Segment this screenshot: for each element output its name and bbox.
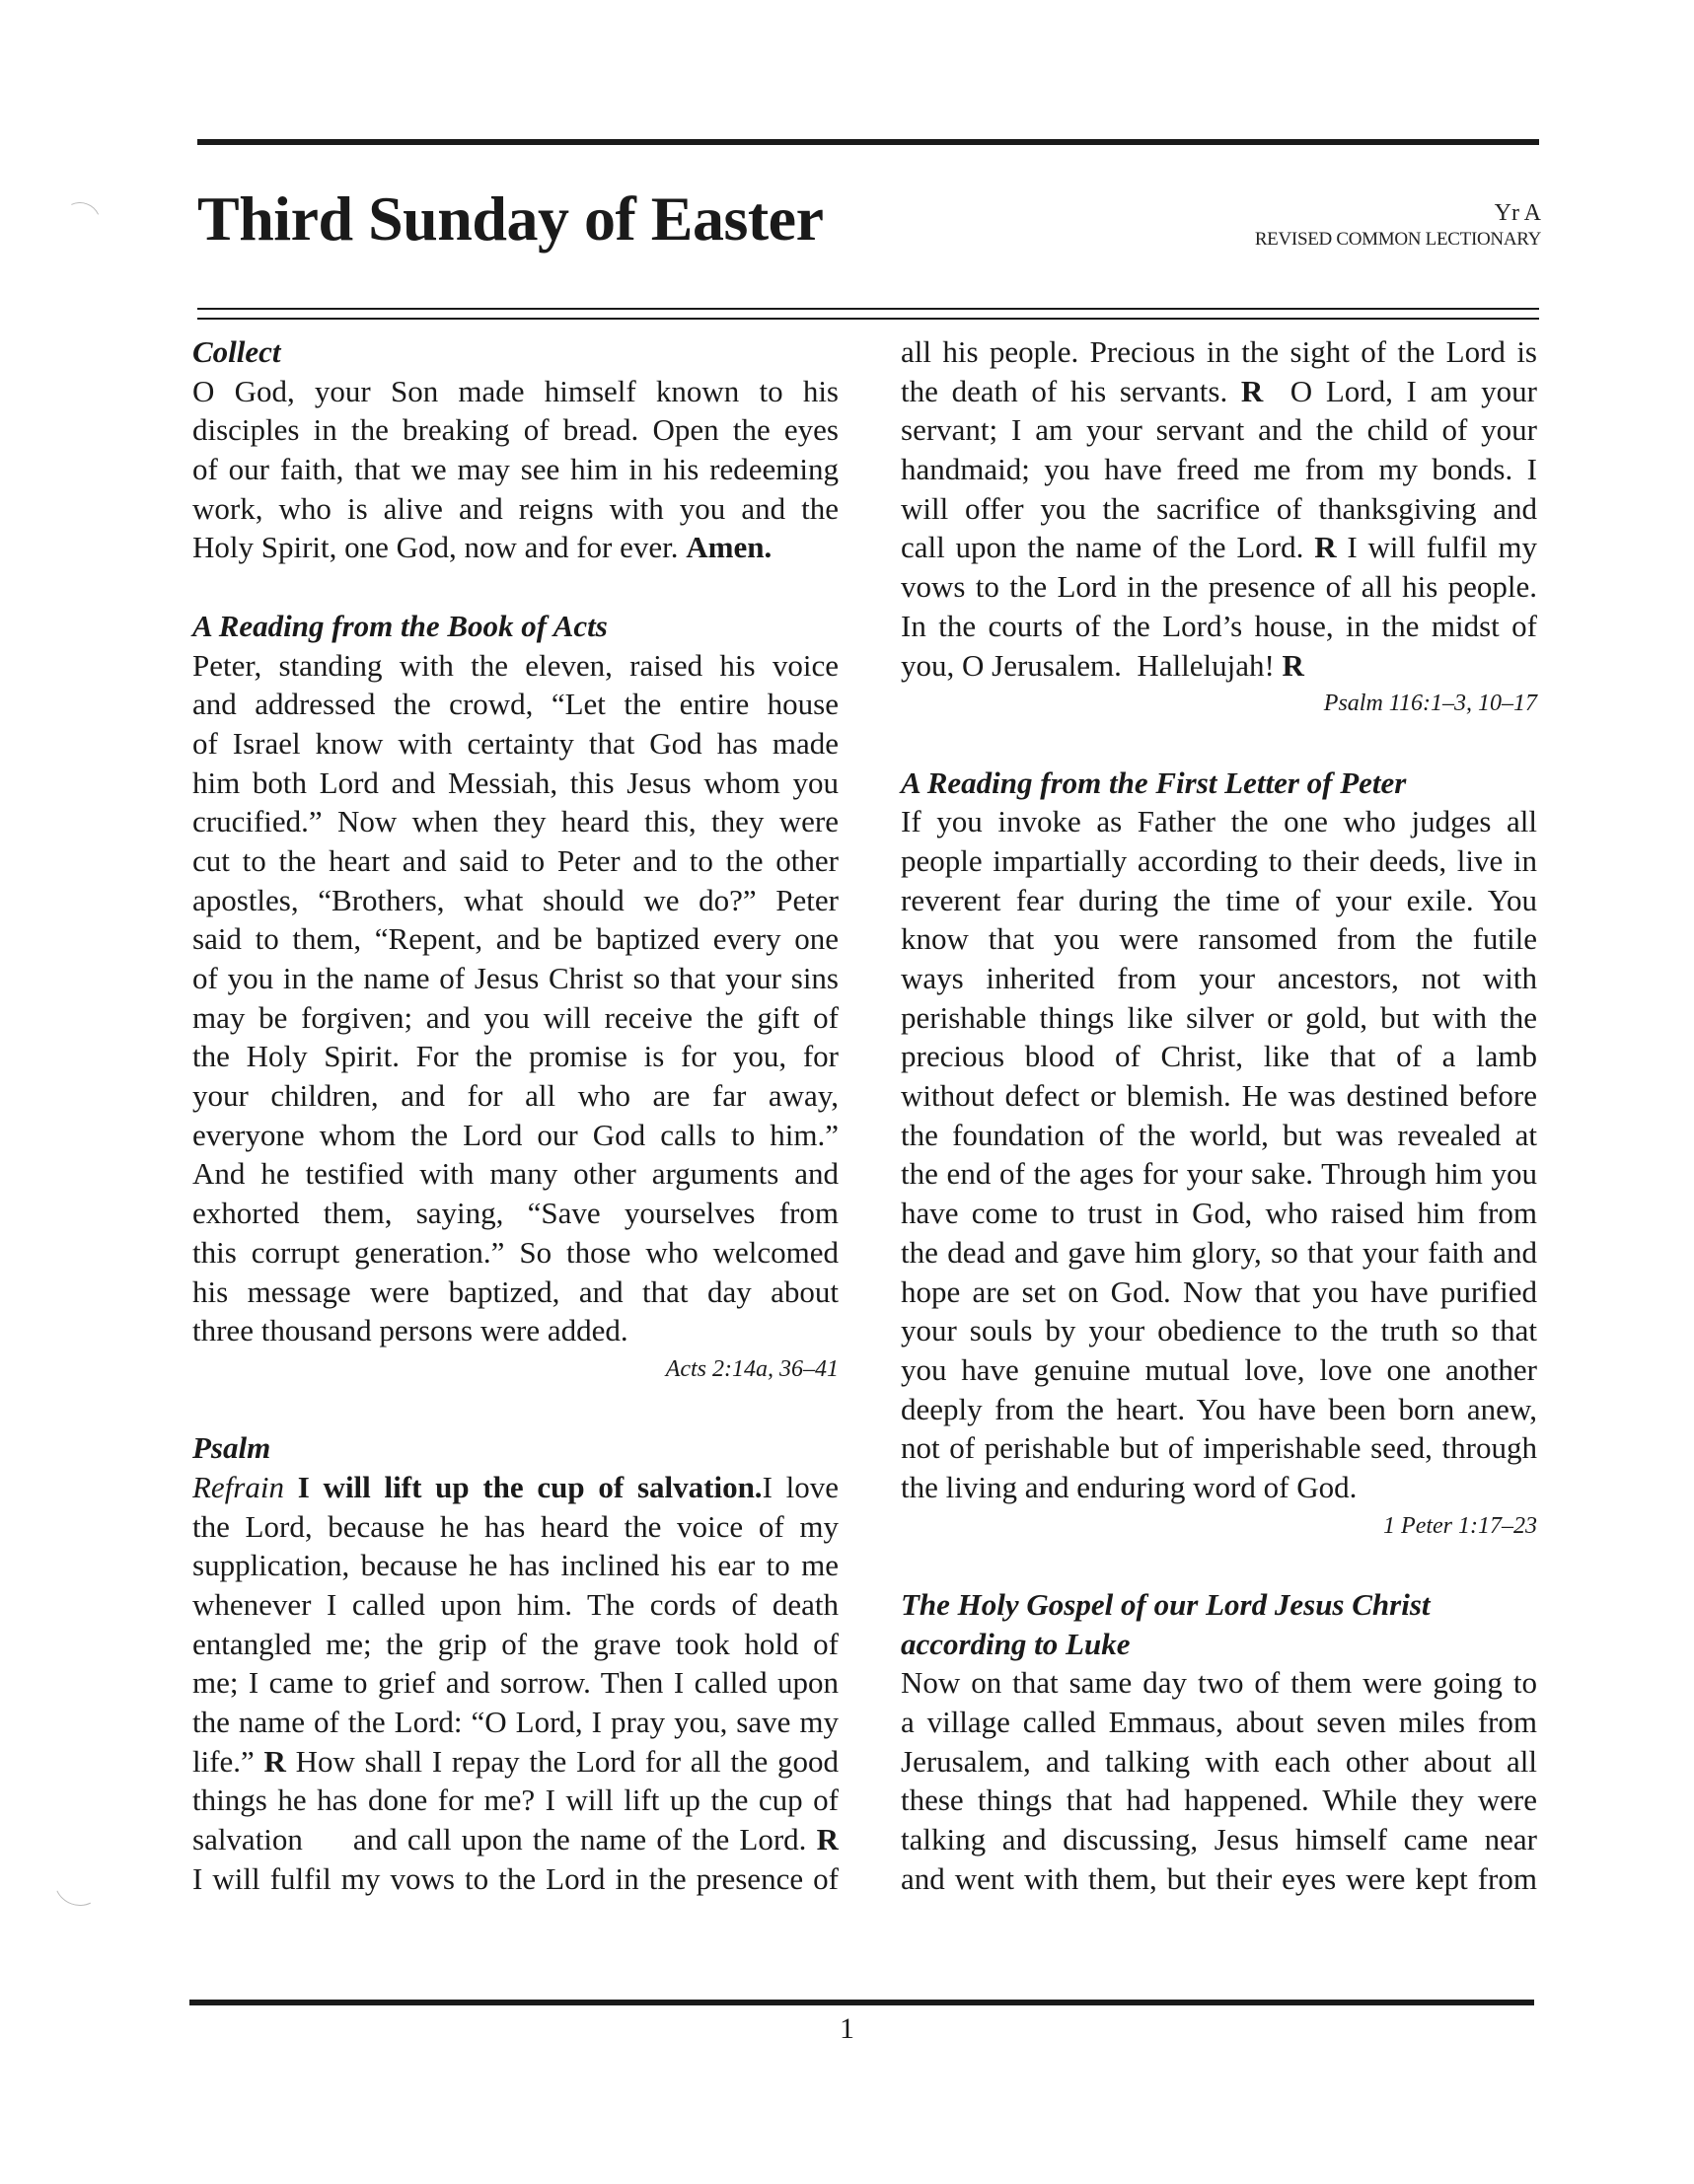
psalm-line: will offer you the sacrifice of thanksgi… [901,489,1537,529]
peter-heading: A Reading from the First Letter of Peter [901,764,1537,803]
gospel-line: talking and discussing, Jesus himself ca… [901,1820,1537,1859]
psalm-line: the Lord, because he has heard the voice… [192,1507,839,1547]
acts-line: may be forgiven; and you will receive th… [192,998,839,1038]
psalm-line: entangled me; the grip of the grave took… [192,1625,839,1664]
psalm-line: the death of his servants. R O Lord, I a… [901,372,1537,411]
psalm-text: I will fulfil my [1337,530,1537,564]
psalm-line: you, O Jerusalem. Hallelujah! R [901,646,1537,686]
acts-line: of Israel know with certainty that God h… [192,724,839,764]
acts-line: your children, and for all who are far a… [192,1076,839,1116]
acts-heading: A Reading from the Book of Acts [192,607,839,646]
acts-citation: Acts 2:14a, 36–41 [192,1350,839,1390]
peter-line: you have genuine mutual love, love one a… [901,1350,1537,1390]
psalm-line: I will fulfil my vows to the Lord in the… [192,1859,839,1899]
response-marker: R [1283,648,1304,683]
header-double-rule-bottom [197,318,1539,320]
peter-line: the dead and gave him glory, so that you… [901,1233,1537,1273]
gospel-section: The Holy Gospel of our Lord Jesus Christ… [901,1585,1537,1899]
page-number: 1 [0,2012,1694,2046]
gospel-line: Now on that same day two of them were go… [901,1663,1537,1703]
acts-reading-section: A Reading from the Book of Acts Peter, s… [192,607,839,1390]
scan-mark-bottom [47,1848,113,1914]
page-title: Third Sunday of Easter [197,187,823,251]
refrain-label: Refrain [192,1470,284,1504]
acts-line: this corrupt generation.” So those who w… [192,1233,839,1273]
peter-line: your souls by your obedience to the trut… [901,1311,1537,1350]
response-marker: R [1241,374,1263,408]
psalm-line: the name of the Lord: “O Lord, I pray yo… [192,1703,839,1742]
acts-line: everyone whom the Lord our God calls to … [192,1116,839,1155]
acts-line: And he testified with many other argumen… [192,1154,839,1194]
header-double-rule-top [197,308,1539,310]
peter-line: reverent fear during the time of your ex… [901,881,1537,920]
gospel-heading: The Holy Gospel of our Lord Jesus Christ [901,1585,1537,1625]
psalm-line: In the courts of the Lord’s house, in th… [901,607,1537,646]
psalm-line: salvation and call upon the name of the … [192,1820,839,1859]
acts-line: him both Lord and Messiah, this Jesus wh… [192,764,839,803]
peter-line: If you invoke as Father the one who judg… [901,802,1537,841]
peter-line: without defect or blemish. He was destin… [901,1076,1537,1116]
psalm-line: servant; I am your servant and the child… [901,410,1537,450]
top-rule [197,139,1539,145]
psalm-line: handmaid; you have freed me from my bond… [901,450,1537,489]
peter-reading-section: A Reading from the First Letter of Peter… [901,764,1537,1547]
peter-line: ways inherited from your ancestors, not … [901,959,1537,998]
psalm-line: me; I came to grief and sorrow. Then I c… [192,1663,839,1703]
acts-line: and addressed the crowd, “Let the entire… [192,685,839,724]
right-column: all his people. Precious in the sight of… [901,332,1537,1899]
psalm-heading: Psalm [192,1428,839,1468]
peter-line: people impartially according to their de… [901,841,1537,881]
collect-line: disciples in the breaking of bread. Open… [192,410,839,450]
response-marker: R [1314,530,1336,564]
collect-line: work, who is alive and reigns with you a… [192,489,839,529]
acts-line: three thousand persons were added. [192,1311,839,1350]
acts-line: his message were baptized, and that day … [192,1273,839,1312]
peter-line: precious blood of Christ, like that of a… [901,1037,1537,1076]
peter-line: the end of the ages for your sake. Throu… [901,1154,1537,1194]
psalm-line: whenever I called upon him. The cords of… [192,1585,839,1625]
peter-line: perishable things like silver or gold, b… [901,998,1537,1038]
psalm-line: call upon the name of the Lord. R I will… [901,528,1537,567]
gospel-heading: according to Luke [901,1625,1537,1664]
amen-text: Amen. [686,530,772,564]
psalm-continued-section: all his people. Precious in the sight of… [901,332,1537,724]
gospel-line: Jerusalem, and talking with each other a… [901,1742,1537,1782]
psalm-text: the death of his servants. [901,374,1241,408]
psalm-section: Psalm Refrain I will lift up the cup of … [192,1428,839,1898]
peter-line: the living and enduring word of God. [901,1468,1537,1507]
response-marker: R [264,1744,286,1779]
psalm-line: all his people. Precious in the sight of… [901,332,1537,372]
psalm-text: I love [763,1470,839,1504]
acts-line: said to them, “Repent, and be baptized e… [192,919,839,959]
acts-line: apostles, “Brothers, what should we do?”… [192,881,839,920]
peter-line: deeply from the heart. You have been bor… [901,1390,1537,1429]
psalm-text: salvation and call upon the name of the … [192,1822,817,1856]
psalm-line: vows to the Lord in the presence of all … [901,567,1537,607]
gospel-line: a village called Emmaus, about seven mil… [901,1703,1537,1742]
acts-line: cut to the heart and said to Peter and t… [192,841,839,881]
psalm-text: life.” [192,1744,264,1779]
year-label: Yr A [1495,200,1541,227]
psalm-line: things he has done for me? I will lift u… [192,1781,839,1820]
left-column: Collect O God, your Son made himself kno… [192,332,839,1899]
spacer [901,724,1537,764]
collect-line-text: Holy Spirit, one God, now and for ever. [192,530,686,564]
collect-line: O God, your Son made himself known to hi… [192,372,839,411]
refrain-text: I will lift up the cup of salvation. [298,1470,763,1504]
psalm-refrain-line: Refrain I will lift up the cup of salvat… [192,1468,839,1507]
acts-line: the Holy Spirit. For the promise is for … [192,1037,839,1076]
response-marker: R [817,1822,839,1856]
psalm-citation: Psalm 116:1–3, 10–17 [901,685,1537,724]
acts-line: of you in the name of Jesus Christ so th… [192,959,839,998]
peter-citation: 1 Peter 1:17–23 [901,1507,1537,1547]
peter-line: hope are set on God. Now that you have p… [901,1273,1537,1312]
scan-mark-top [53,196,107,250]
psalm-text: you, O Jerusalem. Hallelujah! [901,648,1283,683]
psalm-text: call upon the name of the Lord. [901,530,1314,564]
peter-line: have come to trust in God, who raised hi… [901,1194,1537,1233]
collect-line: Holy Spirit, one God, now and for ever. … [192,528,839,567]
psalm-line: life.” R How shall I repay the Lord for … [192,1742,839,1782]
gospel-line: and went with them, but their eyes were … [901,1859,1537,1899]
lectionary-label: REVISED COMMON LECTIONARY [1255,229,1541,251]
acts-line: Peter, standing with the eleven, raised … [192,646,839,686]
psalm-text: O Lord, I am your [1263,374,1537,408]
peter-line: know that you were ransomed from the fut… [901,919,1537,959]
gospel-line: these things that had happened. While th… [901,1781,1537,1820]
peter-line: the foundation of the world, but was rev… [901,1116,1537,1155]
psalm-line: supplication, because he has inclined hi… [192,1546,839,1585]
peter-line: not of perishable but of imperishable se… [901,1428,1537,1468]
spacer [192,567,839,607]
collect-line: of our faith, that we may see him in his… [192,450,839,489]
collect-heading: Collect [192,332,839,372]
spacer [192,1390,839,1429]
acts-line: exhorted them, saying, “Save yourselves … [192,1194,839,1233]
psalm-text: How shall I repay the Lord for all the g… [286,1744,839,1779]
spacer [901,1546,1537,1585]
bottom-rule [189,2000,1534,2005]
acts-line: crucified.” Now when they heard this, th… [192,802,839,841]
collect-section: Collect O God, your Son made himself kno… [192,332,839,567]
